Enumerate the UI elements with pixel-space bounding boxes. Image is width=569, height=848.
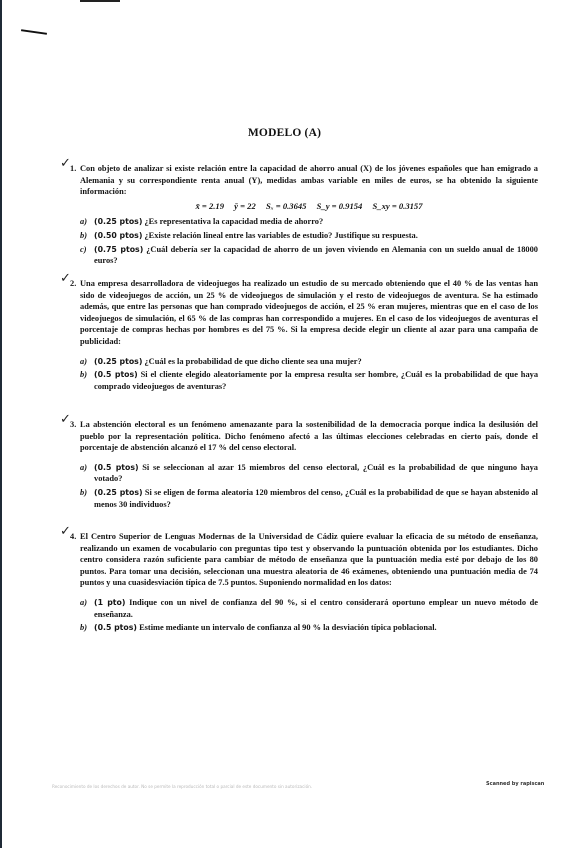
question-text: La abstención electoral es un fenómeno a… [80, 419, 538, 454]
sxy: S_xy = 0.3157 [373, 201, 423, 211]
question-1: ✓ 1. Con objeto de analizar si existe re… [80, 163, 538, 267]
question-4: ✓ 4. El Centro Superior de Lenguas Moder… [80, 531, 538, 634]
question-text: El Centro Superior de Lenguas Modernas d… [80, 531, 538, 589]
question-text: Con objeto de analizar si existe relació… [80, 163, 538, 198]
question-2: ✓ 2. Una empresa desarrolladora de video… [80, 278, 538, 392]
pen-dash-mark [21, 29, 47, 35]
scan-top-edge [80, 0, 120, 2]
points: (0.5 ptos) [94, 623, 137, 632]
question-part: c) (0.75 ptos) ¿Cuál debería ser la capa… [80, 244, 538, 267]
points: (0.25 ptos) [94, 488, 143, 497]
points: (0.50 ptos) [94, 231, 142, 240]
question-text: Una empresa desarrolladora de videojuego… [80, 278, 538, 348]
question-part: b) (0.5 ptos) Estime mediante un interva… [80, 622, 538, 634]
x-mean: x̄ = 2.19 [195, 201, 224, 211]
question-part: a) (0.25 ptos) ¿Es representativa la cap… [80, 216, 538, 228]
points: (0.75 ptos) [94, 245, 143, 254]
points: (0.5 ptos) [94, 370, 138, 379]
sx: Sₓ = 0.3645 [266, 201, 307, 211]
points: (1 pto) [94, 598, 125, 607]
footer-faint-text: Reconocimiento de los derechos de autor.… [52, 784, 502, 789]
question-number: 1. [70, 163, 76, 175]
sy: S_y = 0.9154 [317, 201, 363, 211]
points: (0.25 ptos) [94, 357, 142, 366]
question-part: b) (0.5 ptos) Si el cliente elegido alea… [80, 369, 538, 392]
question-part: b) (0.50 ptos) ¿Existe relación lineal e… [80, 230, 538, 242]
points: (0.5 ptos) [94, 463, 139, 472]
question-part: a) (1 pto) Indique con un nivel de confi… [80, 597, 538, 620]
question-3: ✓ 3. La abstención electoral es un fenóm… [80, 419, 538, 510]
question-number: 4. [70, 531, 76, 543]
question-part: a) (0.5 ptos) Si se seleccionan al azar … [80, 462, 538, 485]
points: (0.25 ptos) [94, 217, 142, 226]
question-part: a) (0.25 ptos) ¿Cuál es la probabilidad … [80, 356, 538, 368]
page-title: MODELO (A) [0, 127, 569, 139]
question-number: 3. [70, 419, 76, 431]
question-number: 2. [70, 278, 76, 290]
formula: x̄ = 2.19 ȳ = 22 Sₓ = 0.3645 S_y = 0.915… [80, 201, 538, 213]
y-mean: ȳ = 22 [234, 201, 256, 211]
question-part: b) (0.25 ptos) Si se eligen de forma ale… [80, 487, 538, 510]
